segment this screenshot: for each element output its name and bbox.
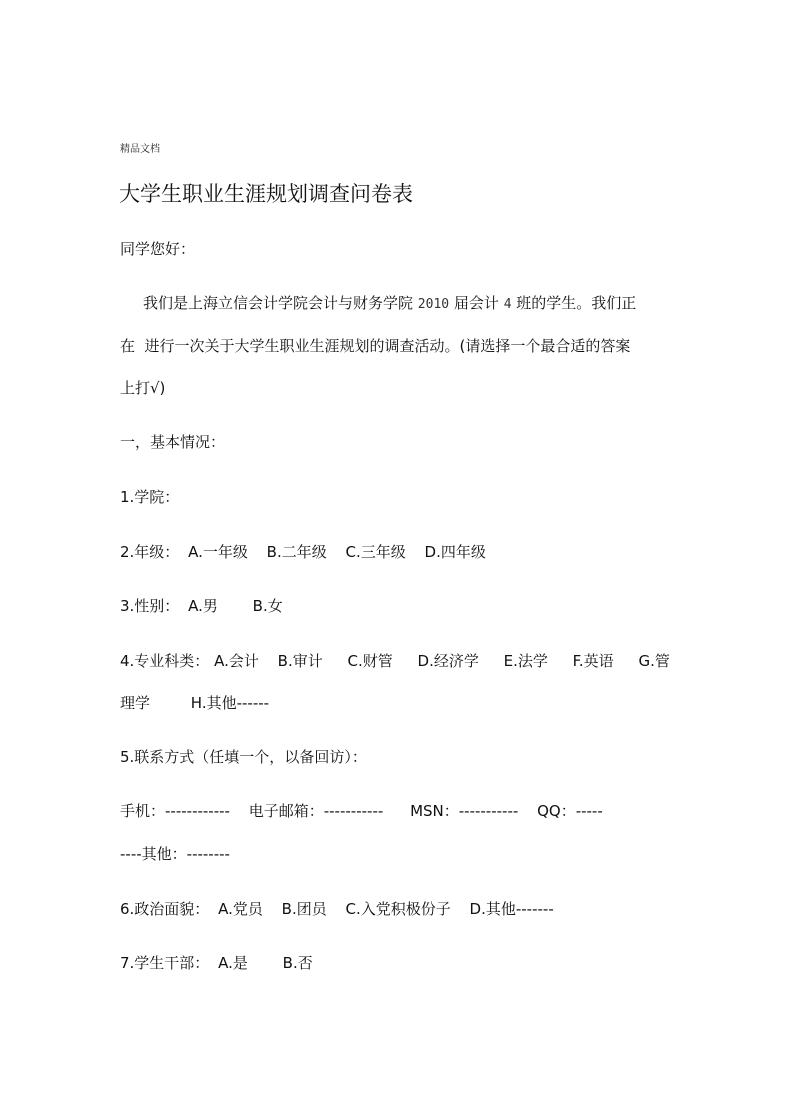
header-note: 精品文档 <box>120 140 160 155</box>
intro-line-3: 上打√) <box>120 377 165 398</box>
option-grade-d[interactable]: D.四年级 <box>425 541 486 562</box>
question-1-college: 1.学院： <box>120 486 179 507</box>
document-title: 大学生职业生涯规划调查问卷表 <box>119 178 413 208</box>
question-6-label: 6.政治面貌： <box>120 898 209 919</box>
intro-year: 2010 <box>418 297 449 312</box>
contact-qq-field[interactable]: QQ：----- <box>537 800 603 821</box>
contact-other-field[interactable]: ----其他：-------- <box>120 843 230 864</box>
option-grade-c[interactable]: C.三年级 <box>346 541 406 562</box>
question-4-major: 4.专业科类： A.会计 B.审计 C.财管 D.经济学 E.法学 F.英语 G… <box>120 650 670 671</box>
question-2-label: 2.年级： <box>120 541 179 562</box>
intro-line-1: 我们是上海立信会计学院会计与财务学院 2010 届会计 4 班的学生。我们正 <box>143 292 636 313</box>
option-major-e[interactable]: E.法学 <box>504 650 548 671</box>
question-4-label: 4.专业科类： <box>120 650 209 671</box>
question-7-student-cadre: 7.学生干部： A.是 B.否 <box>120 952 313 973</box>
option-grade-a[interactable]: A.一年级 <box>188 541 248 562</box>
option-major-g[interactable]: G.管 <box>638 650 669 671</box>
intro-text-a: 我们是上海立信会计学院会计与财务学院 <box>143 294 413 312</box>
contact-phone-field[interactable]: 手机：------------ <box>120 800 230 821</box>
option-major-d[interactable]: D.经济学 <box>418 650 479 671</box>
intro-text-b: 届会计 <box>454 294 499 312</box>
question-4-line-2: 理学 H.其他------ <box>120 692 269 713</box>
intro-class-number: 4 <box>504 297 512 312</box>
contact-email-field[interactable]: 电子邮箱：----------- <box>249 800 384 821</box>
question-3-gender: 3.性别： A.男 B.女 <box>120 595 283 616</box>
question-5-contact: 5.联系方式（任填一个，以备回访）： <box>120 746 367 767</box>
option-cadre-no[interactable]: B.否 <box>283 952 313 973</box>
option-major-g-continued: 理学 <box>120 692 150 713</box>
option-major-a[interactable]: A.会计 <box>214 650 259 671</box>
question-6-political-status: 6.政治面貌： A.党员 B.团员 C.入党积极份子 D.其他------- <box>120 898 554 919</box>
contact-msn-field[interactable]: MSN：----------- <box>410 800 518 821</box>
question-3-label: 3.性别： <box>120 595 179 616</box>
option-gender-male[interactable]: A.男 <box>188 595 218 616</box>
option-major-h[interactable]: H.其他------ <box>191 692 269 713</box>
intro-text-c: 班的学生。我们正 <box>516 294 636 312</box>
greeting: 同学您好： <box>120 238 195 259</box>
option-cadre-yes[interactable]: A.是 <box>218 952 248 973</box>
option-political-b[interactable]: B.团员 <box>282 898 327 919</box>
question-7-label: 7.学生干部： <box>120 952 209 973</box>
option-major-b[interactable]: B.审计 <box>278 650 323 671</box>
contact-fields-line-1: 手机：------------ 电子邮箱：----------- MSN：---… <box>120 800 603 821</box>
question-2-grade: 2.年级： A.一年级 B.二年级 C.三年级 D.四年级 <box>120 541 486 562</box>
option-gender-female[interactable]: B.女 <box>253 595 283 616</box>
option-major-c[interactable]: C.财管 <box>348 650 393 671</box>
option-grade-b[interactable]: B.二年级 <box>267 541 327 562</box>
option-major-f[interactable]: F.英语 <box>573 650 614 671</box>
option-political-c[interactable]: C.入党积极份子 <box>346 898 451 919</box>
option-political-a[interactable]: A.党员 <box>218 898 263 919</box>
section-heading-basic-info: 一，基本情况： <box>120 431 225 452</box>
option-political-d[interactable]: D.其他------- <box>470 898 554 919</box>
intro-line-2: 在 进行一次关于大学生职业生涯规划的调查活动。(请选择一个最合适的答案 <box>120 335 630 356</box>
document-page: 精品文档 大学生职业生涯规划调查问卷表 同学您好： 我们是上海立信会计学院会计与… <box>0 0 792 1120</box>
